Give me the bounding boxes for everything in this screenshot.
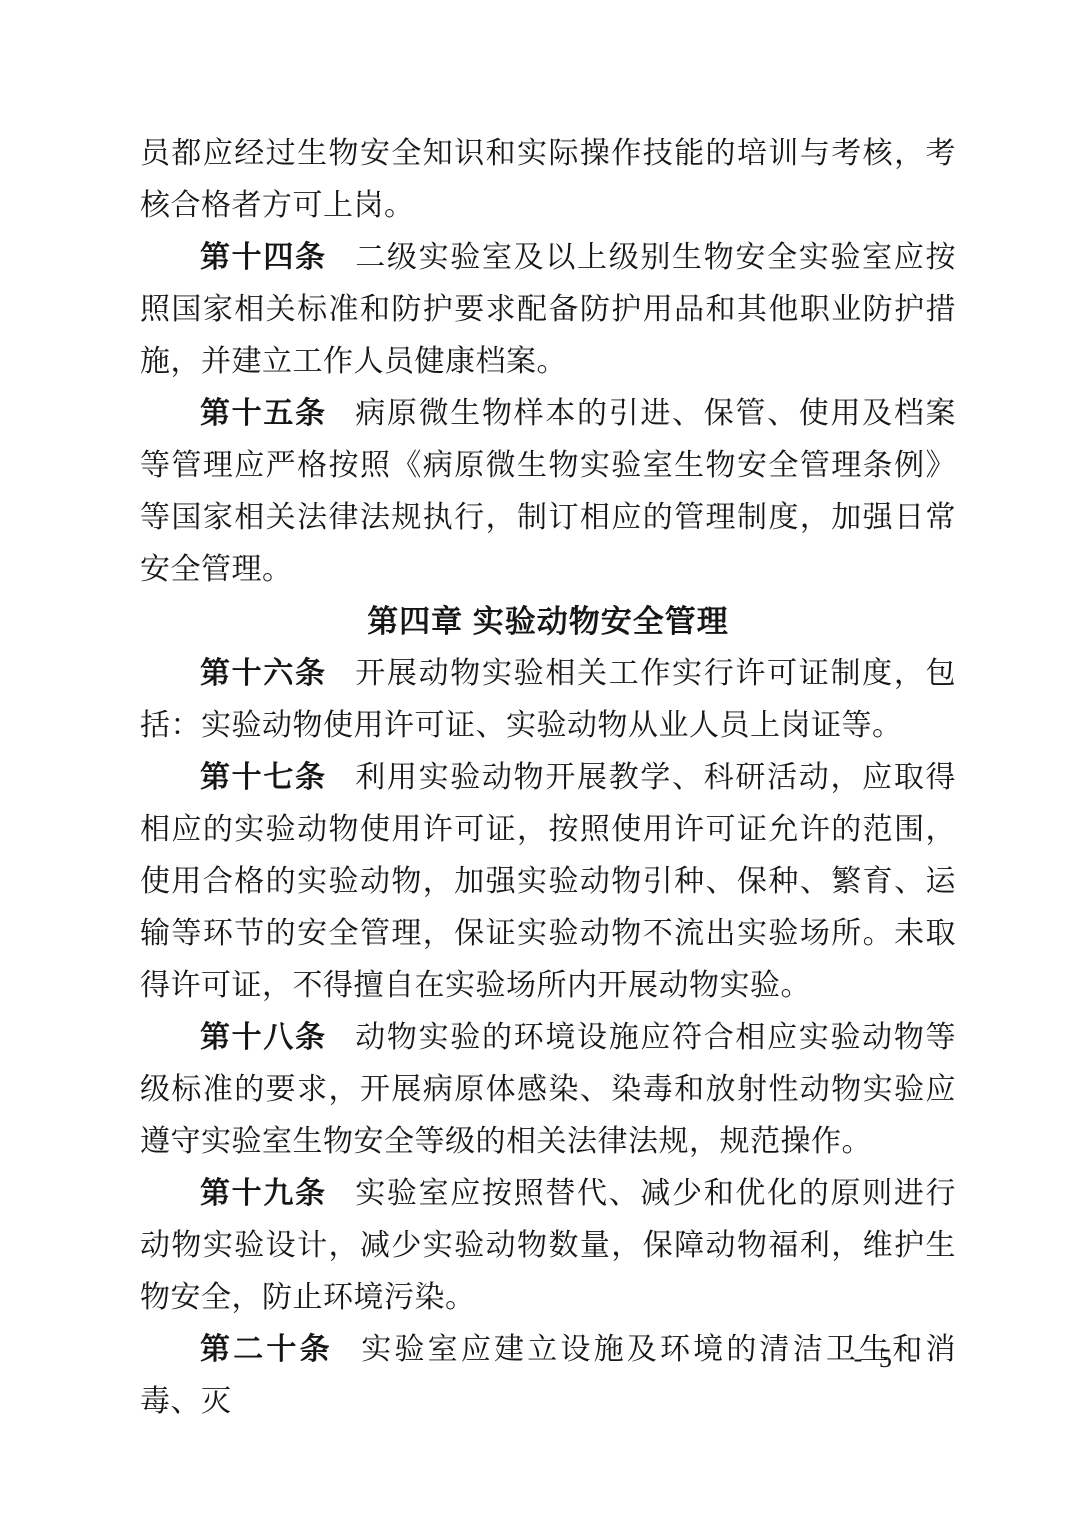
paragraph-text: 员都应经过生物安全知识和实际操作技能的培训与考核，考核合格者方可上岗。 xyxy=(140,137,956,222)
paragraph-text: 利用实验动物开展教学、科研活动，应取得相应的实验动物使用许可证，按照使用许可证允… xyxy=(140,761,956,1002)
paragraph-article-19: 第十九条实验室应按照替代、减少和优化的原则进行动物实验设计，减少实验动物数量，保… xyxy=(140,1168,956,1324)
paragraph-article-16: 第十六条开展动物实验相关工作实行许可证制度，包括：实验动物使用许可证、实验动物从… xyxy=(140,648,956,752)
paragraph-article-15: 第十五条病原微生物样本的引进、保管、使用及档案等管理应严格按照《病原微生物实验室… xyxy=(140,388,956,596)
paragraph-article-17: 第十七条利用实验动物开展教学、科研活动，应取得相应的实验动物使用许可证，按照使用… xyxy=(140,752,956,1012)
article-label: 第十八条 xyxy=(200,1021,327,1054)
paragraph-article-18: 第十八条动物实验的环境设施应符合相应实验动物等级标准的要求，开展病原体感染、染毒… xyxy=(140,1012,956,1168)
paragraph-article-20: 第二十条实验室应建立设施及环境的清洁卫生和消毒、灭 xyxy=(140,1324,956,1428)
article-label: 第十七条 xyxy=(200,761,327,794)
article-label: 第十六条 xyxy=(200,657,327,690)
paragraph-continuation: 员都应经过生物安全知识和实际操作技能的培训与考核，考核合格者方可上岗。 xyxy=(140,128,956,232)
document-page: 员都应经过生物安全知识和实际操作技能的培训与考核，考核合格者方可上岗。 第十四条… xyxy=(0,0,1080,1528)
article-label: 第十四条 xyxy=(200,241,327,274)
article-label: 第二十条 xyxy=(200,1333,333,1366)
page-number: - 5 - xyxy=(854,1344,922,1374)
chapter-heading: 第四章 实验动物安全管理 xyxy=(140,596,956,648)
paragraph-article-14: 第十四条二级实验室及以上级别生物安全实验室应按照国家相关标准和防护要求配备防护用… xyxy=(140,232,956,388)
article-label: 第十九条 xyxy=(200,1177,327,1210)
article-label: 第十五条 xyxy=(200,397,327,430)
document-content: 员都应经过生物安全知识和实际操作技能的培训与考核，考核合格者方可上岗。 第十四条… xyxy=(140,128,956,1428)
